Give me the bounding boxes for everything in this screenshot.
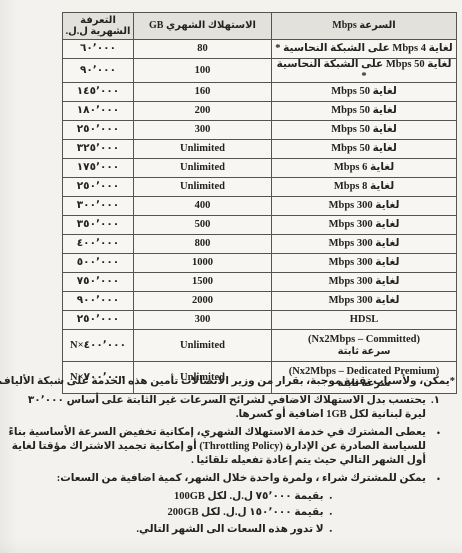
speed-cell: لغاية 300 Mbps [272, 292, 457, 311]
square-bullet-icon: ▪ [330, 491, 332, 502]
tariff-cell: ٦٠٬٠٠٠ [63, 40, 134, 59]
asterisk-footnote: *يمكن، ولأسباب تقنية موجبة، بقرار من وزي… [4, 376, 455, 389]
table-header-row: السرعة Mbps الاستهلاك الشهري GB التعرفة … [63, 13, 457, 40]
table-row: لغاية 50 Mbps 300 ٢٥٠٬٠٠٠ [63, 121, 457, 140]
subnote-text: بقيمة ٧٥٬٠٠٠ ل.ل. لكل 100GB [174, 491, 324, 504]
table-row: (Nx2Mbps – Committed) سرعة ثابتة Unlimit… [63, 330, 457, 362]
note-extra-consumption: ١. يحتسب بدل الاستهلاك الاضافي لشرائح ال… [6, 394, 440, 421]
header-tariff: التعرفة الشهرية ل.ل. [63, 13, 134, 40]
tariff-cell: ٢٥٠٬٠٠٠ [63, 311, 134, 330]
internet-tariff-table: السرعة Mbps الاستهلاك الشهري GB التعرفة … [62, 12, 457, 394]
tariff-cell: ٤٠٠٬٠٠٠ [63, 235, 134, 254]
speed-cell: لغاية 6 Mbps [272, 159, 457, 178]
header-consumption: الاستهلاك الشهري GB [134, 13, 272, 40]
speed-cell: لغاية 4 Mbps على الشبكة النحاسية * [272, 40, 457, 59]
tariff-cell: ٧٥٠٬٠٠٠ [63, 273, 134, 292]
square-bullet-icon: ▪ [330, 507, 332, 518]
table-row: لغاية 50 Mbps على الشبكة النحاسية * 100 … [63, 59, 457, 83]
speed-cell: لغاية 300 Mbps [272, 197, 457, 216]
subnote-text: بقيمة ١٥٠٬٠٠٠ ل.ل. لكل 200GB [168, 507, 324, 520]
gb-cell: Unlimited [134, 159, 272, 178]
table-row: لغاية 300 Mbps 1000 ٥٠٠٬٠٠٠ [63, 254, 457, 273]
gb-cell: 300 [134, 121, 272, 140]
speed-cell: (Nx2Mbps – Committed) سرعة ثابتة [272, 330, 457, 362]
tariff-cell: ١٧٥٬٠٠٠ [63, 159, 134, 178]
tariff-cell: ٢٥٠٬٠٠٠ [63, 121, 134, 140]
speed-cell: لغاية 50 Mbps على الشبكة النحاسية * [272, 59, 457, 83]
bullet-icon: • [431, 426, 440, 440]
subnote-200gb: ▪ بقيمة ١٥٠٬٠٠٠ ل.ل. لكل 200GB [6, 507, 332, 520]
gb-cell: Unlimited [134, 330, 272, 362]
speed-cell: لغاية 50 Mbps [272, 121, 457, 140]
note-text: يعطى المشترك في خدمة الاستهلاك الشهري، إ… [6, 426, 426, 467]
note-extra-capacity: • يمكن للمشترك شراء ، ولمرة واحدة خلال ا… [6, 472, 440, 486]
note-marker: ١. [431, 394, 440, 408]
gb-cell: 200 [134, 102, 272, 121]
gb-cell: 160 [134, 83, 272, 102]
table-row: لغاية 300 Mbps 800 ٤٠٠٬٠٠٠ [63, 235, 457, 254]
table-row: لغاية 8 Mbps Unlimited ٢٥٠٬٠٠٠ [63, 178, 457, 197]
speed-cell: لغاية 8 Mbps [272, 178, 457, 197]
gb-cell: 300 [134, 311, 272, 330]
sub-notes: ▪ بقيمة ٧٥٬٠٠٠ ل.ل. لكل 100GB ▪ بقيمة ١٥… [6, 491, 332, 537]
speed-cell: HDSL [272, 311, 457, 330]
tariff-cell: ٩٠٬٠٠٠ [63, 59, 134, 83]
gb-cell: 800 [134, 235, 272, 254]
speed-line2: سرعة ثابتة [274, 346, 454, 357]
table-row: لغاية 300 Mbps 2000 ٩٠٠٬٠٠٠ [63, 292, 457, 311]
tariff-cell: ٩٠٠٬٠٠٠ [63, 292, 134, 311]
table-row: لغاية 50 Mbps 160 ١٤٥٬٠٠٠ [63, 83, 457, 102]
speed-cell: لغاية 300 Mbps [272, 273, 457, 292]
scanned-tariff-document: السرعة Mbps الاستهلاك الشهري GB التعرفة … [0, 0, 462, 553]
table-row: لغاية 300 Mbps 400 ٣٠٠٬٠٠٠ [63, 197, 457, 216]
table-row: لغاية 50 Mbps 200 ١٨٠٬٠٠٠ [63, 102, 457, 121]
speed-cell: لغاية 50 Mbps [272, 140, 457, 159]
header-speed: السرعة Mbps [272, 13, 457, 40]
tariff-cell: ٣٠٠٬٠٠٠ [63, 197, 134, 216]
speed-cell: لغاية 50 Mbps [272, 83, 457, 102]
subnote-no-rollover: ▪ لا تدور هذه السعات الى الشهر التالي. [6, 524, 332, 537]
gb-cell: 100 [134, 59, 272, 83]
tariff-cell: ١٤٥٬٠٠٠ [63, 83, 134, 102]
gb-cell: 500 [134, 216, 272, 235]
gb-cell: 1500 [134, 273, 272, 292]
table-row: لغاية 50 Mbps Unlimited ٣٢٥٬٠٠٠ [63, 140, 457, 159]
table-row: لغاية 300 Mbps 500 ٣٥٠٬٠٠٠ [63, 216, 457, 235]
tariff-cell: ⁦N×٤٠٠٬٠٠٠⁩ [63, 330, 134, 362]
subnote-text: لا تدور هذه السعات الى الشهر التالي. [136, 524, 323, 537]
notes-list: ١. يحتسب بدل الاستهلاك الاضافي لشرائح ال… [6, 394, 440, 541]
note-text: يمكن للمشترك شراء ، ولمرة واحدة خلال الش… [57, 472, 426, 486]
tariff-cell: ٣٢٥٬٠٠٠ [63, 140, 134, 159]
subnote-100gb: ▪ بقيمة ٧٥٬٠٠٠ ل.ل. لكل 100GB [6, 491, 332, 504]
speed-cell: لغاية 50 Mbps [272, 102, 457, 121]
gb-cell: Unlimited [134, 140, 272, 159]
tariff-cell: ٥٠٠٬٠٠٠ [63, 254, 134, 273]
table-row: HDSL 300 ٢٥٠٬٠٠٠ [63, 311, 457, 330]
square-bullet-icon: ▪ [330, 524, 332, 535]
gb-cell: 400 [134, 197, 272, 216]
gb-cell: 2000 [134, 292, 272, 311]
speed-cell: لغاية 300 Mbps [272, 216, 457, 235]
table-row: لغاية 300 Mbps 1500 ٧٥٠٬٠٠٠ [63, 273, 457, 292]
gb-cell: 1000 [134, 254, 272, 273]
speed-cell: لغاية 300 Mbps [272, 254, 457, 273]
table-row: لغاية 4 Mbps على الشبكة النحاسية * 80 ٦٠… [63, 40, 457, 59]
note-text: يحتسب بدل الاستهلاك الاضافي لشرائح السرع… [6, 394, 426, 421]
note-throttling-policy: • يعطى المشترك في خدمة الاستهلاك الشهري،… [6, 426, 440, 467]
speed-cell: لغاية 300 Mbps [272, 235, 457, 254]
gb-cell: 80 [134, 40, 272, 59]
tariff-cell: ٣٥٠٬٠٠٠ [63, 216, 134, 235]
speed-line1: (Nx2Mbps – Committed) [308, 334, 420, 345]
gb-cell: Unlimited [134, 178, 272, 197]
bullet-icon: • [431, 472, 440, 486]
tariff-cell: ١٨٠٬٠٠٠ [63, 102, 134, 121]
tariff-cell: ٢٥٠٬٠٠٠ [63, 178, 134, 197]
table-row: لغاية 6 Mbps Unlimited ١٧٥٬٠٠٠ [63, 159, 457, 178]
